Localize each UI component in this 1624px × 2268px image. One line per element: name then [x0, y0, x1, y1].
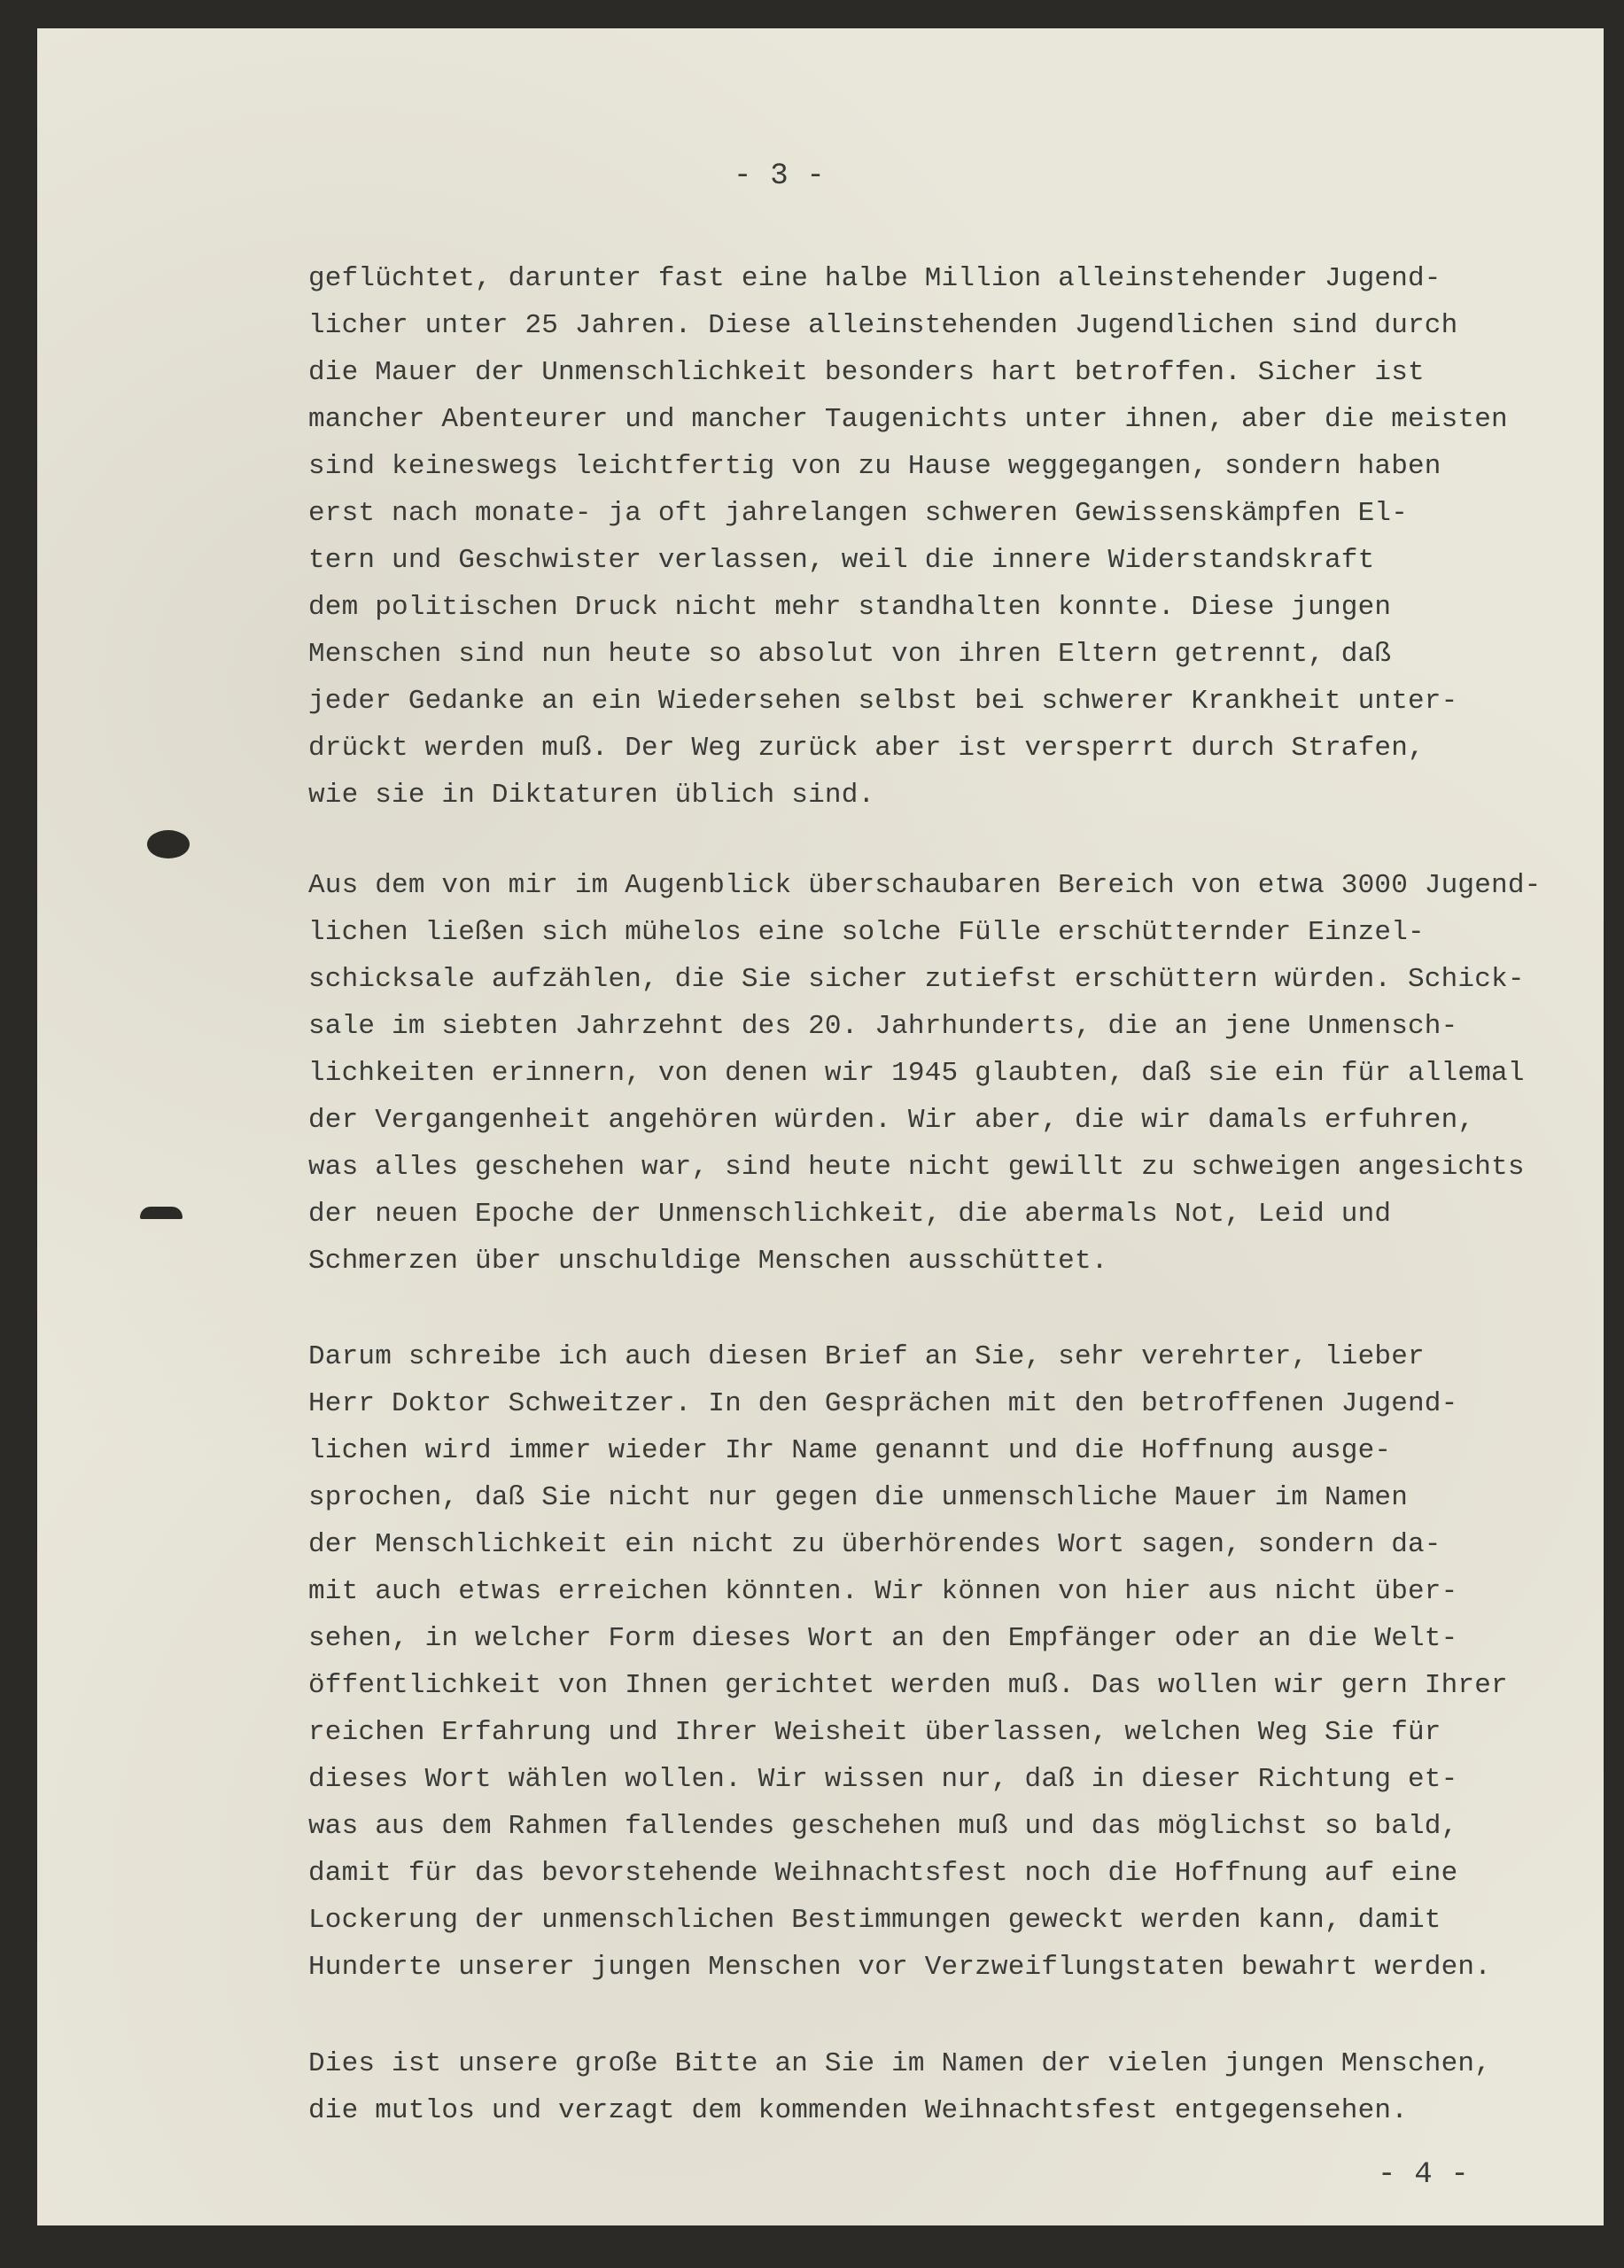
- text-line: mancher Abenteurer und mancher Taugenich…: [308, 396, 1508, 443]
- text-line: lichkeiten erinnern, von denen wir 1945 …: [308, 1050, 1541, 1097]
- text-line: öffentlichkeit von Ihnen gerichtet werde…: [308, 1662, 1508, 1709]
- text-line: drückt werden muß. Der Weg zurück aber i…: [308, 725, 1508, 772]
- text-line: Dies ist unsere große Bitte an Sie im Na…: [308, 2040, 1491, 2087]
- page-number-bottom: - 4 -: [1378, 2158, 1469, 2192]
- paragraph-appeal-schweitzer: Darum schreibe ich auch diesen Brief an …: [308, 1333, 1508, 1991]
- paragraph-fates: Aus dem von mir im Augenblick überschaub…: [308, 862, 1541, 1285]
- text-line: sale im siebten Jahrzehnt des 20. Jahrhu…: [308, 1003, 1541, 1050]
- text-line: Lockerung der unmenschlichen Bestimmunge…: [308, 1897, 1508, 1944]
- text-line: reichen Erfahrung und Ihrer Weisheit übe…: [308, 1709, 1508, 1756]
- text-line: Schmerzen über unschuldige Menschen auss…: [308, 1238, 1541, 1285]
- torn-punch-hole-icon: [140, 1207, 183, 1219]
- text-line: was aus dem Rahmen fallendes geschehen m…: [308, 1803, 1508, 1850]
- text-line: schicksale aufzählen, die Sie sicher zut…: [308, 956, 1541, 1003]
- text-line: Darum schreibe ich auch diesen Brief an …: [308, 1333, 1508, 1380]
- text-line: Aus dem von mir im Augenblick überschaub…: [308, 862, 1541, 909]
- text-line: sind keineswegs leichtfertig von zu Haus…: [308, 443, 1508, 490]
- text-line: der Vergangenheit angehören würden. Wir …: [308, 1097, 1541, 1144]
- text-line: lichen wird immer wieder Ihr Name genann…: [308, 1427, 1508, 1474]
- text-line: tern und Geschwister verlassen, weil die…: [308, 537, 1508, 584]
- page-number-top: - 3 -: [734, 159, 825, 193]
- text-line: sehen, in welcher Form dieses Wort an de…: [308, 1615, 1508, 1662]
- text-line: dem politischen Druck nicht mehr standha…: [308, 584, 1508, 631]
- paragraph-closing-request: Dies ist unsere große Bitte an Sie im Na…: [308, 2040, 1491, 2134]
- text-line: wie sie in Diktaturen üblich sind.: [308, 772, 1508, 819]
- text-line: lichen ließen sich mühelos eine solche F…: [308, 909, 1541, 956]
- text-line: die mutlos und verzagt dem kommenden Wei…: [308, 2087, 1491, 2134]
- text-line: erst nach monate- ja oft jahrelangen sch…: [308, 490, 1508, 537]
- text-line: damit für das bevorstehende Weihnachtsfe…: [308, 1850, 1508, 1897]
- text-line: Herr Doktor Schweitzer. In den Gespräche…: [308, 1380, 1508, 1427]
- text-line: mit auch etwas erreichen könnten. Wir kö…: [308, 1568, 1508, 1615]
- text-line: die Mauer der Unmenschlichkeit besonders…: [308, 349, 1508, 396]
- text-line: der Menschlichkeit ein nicht zu überhöre…: [308, 1521, 1508, 1568]
- text-line: sprochen, daß Sie nicht nur gegen die un…: [308, 1474, 1508, 1521]
- letter-body: geflüchtet, darunter fast eine halbe Mil…: [308, 0, 342, 155]
- text-line: Menschen sind nun heute so absolut von i…: [308, 631, 1508, 678]
- text-line: was alles geschehen war, sind heute nich…: [308, 1144, 1541, 1191]
- punch-hole-icon: [147, 830, 190, 858]
- text-line: licher unter 25 Jahren. Diese alleinsteh…: [308, 302, 1508, 349]
- text-line: Hunderte unserer jungen Menschen vor Ver…: [308, 1944, 1508, 1991]
- paragraph-refugees: geflüchtet, darunter fast eine halbe Mil…: [308, 255, 1508, 819]
- text-line: geflüchtet, darunter fast eine halbe Mil…: [308, 255, 1508, 302]
- text-line: der neuen Epoche der Unmenschlichkeit, d…: [308, 1191, 1541, 1238]
- text-line: jeder Gedanke an ein Wiedersehen selbst …: [308, 678, 1508, 725]
- text-line: dieses Wort wählen wollen. Wir wissen nu…: [308, 1756, 1508, 1803]
